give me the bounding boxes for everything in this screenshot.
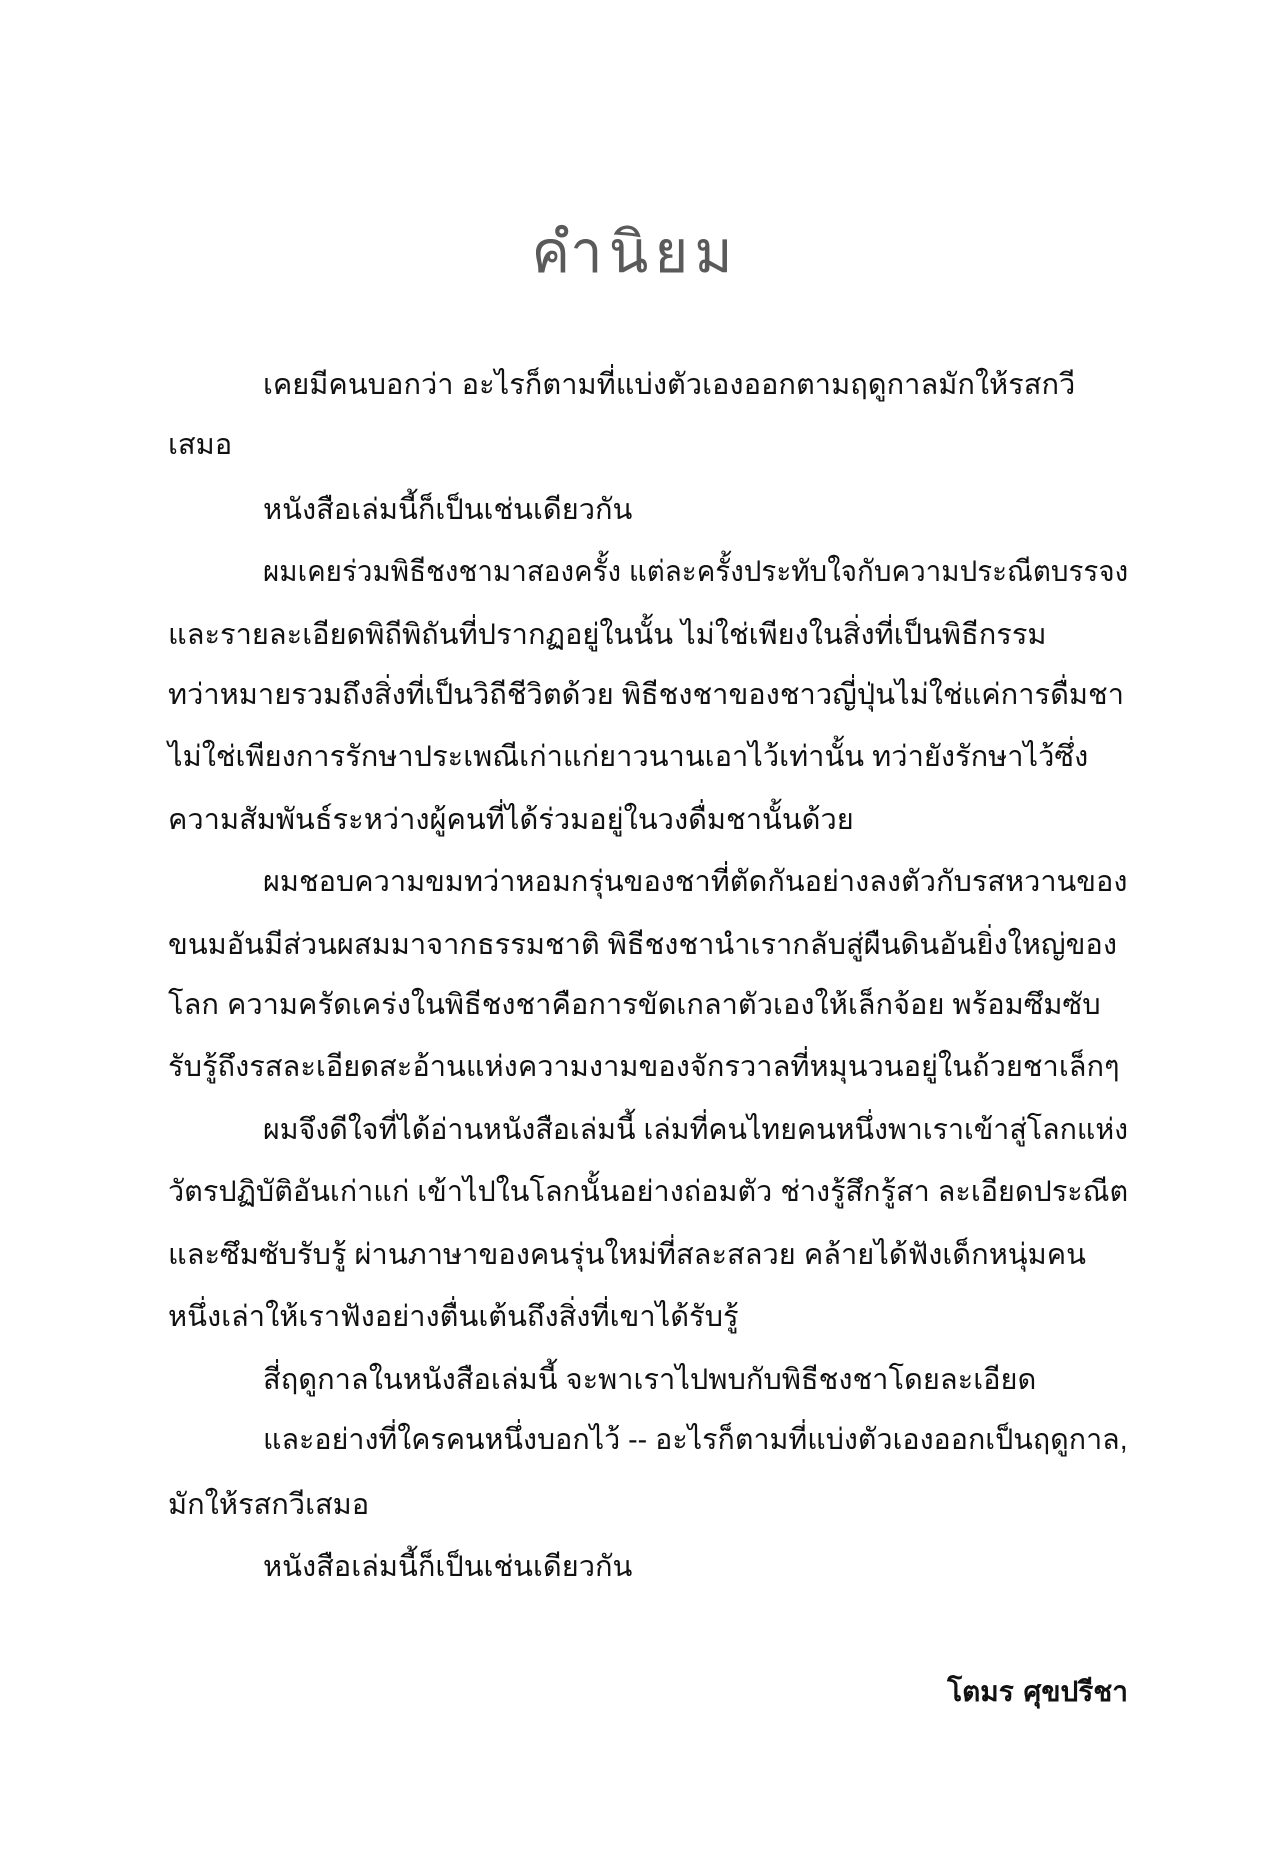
paragraph-line: รับรู้ถึงรสละเอียดสะอ้านแห่งความงามของจั…: [168, 1045, 1128, 1089]
paragraph-line: วัตรปฏิบัติอันเก่าแก่ เข้าไปในโลกนั้นอย่…: [168, 1170, 1121, 1214]
author-signature: โตมร ศุขปรีชา: [947, 1670, 1128, 1714]
paragraph-line: และซึมซับรับรู้ ผ่านภาษาของคนรุ่นใหม่ที่…: [168, 1233, 1128, 1277]
paragraph-line: เคยมีคนบอกว่า อะไรก็ตามที่แบ่งตัวเองออกต…: [263, 363, 1128, 407]
paragraph-line: หนังสือเล่มนี้ก็เป็นเช่นเดียวกัน: [263, 1545, 1128, 1589]
document-page: คำนิยม เคยมีคนบอกว่า อะไรก็ตามที่แบ่งตัว…: [0, 0, 1270, 1867]
paragraph-line: และอย่างที่ใครคนหนึ่งบอกไว้ -- อะไรก็ตาม…: [263, 1418, 1117, 1462]
paragraph-line: ทว่าหมายรวมถึงสิ่งที่เป็นวิถีชีวิตด้วย พ…: [168, 673, 1128, 717]
paragraph-line: ผมเคยร่วมพิธีชงชามาสองครั้ง แต่ละครั้งปร…: [263, 550, 1092, 594]
paragraph-line: ผมชอบความขมทว่าหอมกรุ่นของชาที่ตัดกันอย่…: [263, 860, 1125, 904]
paragraph-line: หนึ่งเล่าให้เราฟังอย่างตื่นเต้นถึงสิ่งที…: [168, 1295, 1128, 1339]
paragraph-line: โลก ความครัดเคร่งในพิธีชงชาคือการขัดเกลา…: [168, 983, 1128, 1027]
paragraph-line: ไม่ใช่เพียงการรักษาประเพณีเก่าแก่ยาวนานเ…: [168, 735, 1128, 779]
paragraph-line: ผมจึงดีใจที่ได้อ่านหนังสือเล่มนี้ เล่มที…: [263, 1108, 1115, 1152]
paragraph-line: ขนมอันมีส่วนผสมมาจากธรรมชาติ พิธีชงชานำเ…: [168, 923, 1128, 967]
paragraph-line: มักให้รสกวีเสมอ: [168, 1483, 1128, 1527]
paragraph-line: หนังสือเล่มนี้ก็เป็นเช่นเดียวกัน: [263, 488, 1128, 532]
paragraph-line: ความสัมพันธ์ระหว่างผู้คนที่ได้ร่วมอยู่ใน…: [168, 798, 1128, 842]
paragraph-line: สี่ฤดูกาลในหนังสือเล่มนี้ จะพาเราไปพบกับ…: [263, 1358, 1128, 1402]
paragraph-line: เสมอ: [168, 423, 1128, 467]
page-title: คำนิยม: [0, 212, 1270, 292]
paragraph-line: และรายละเอียดพิถีพิถันที่ปรากฏอยู่ในนั้น…: [168, 613, 1128, 657]
